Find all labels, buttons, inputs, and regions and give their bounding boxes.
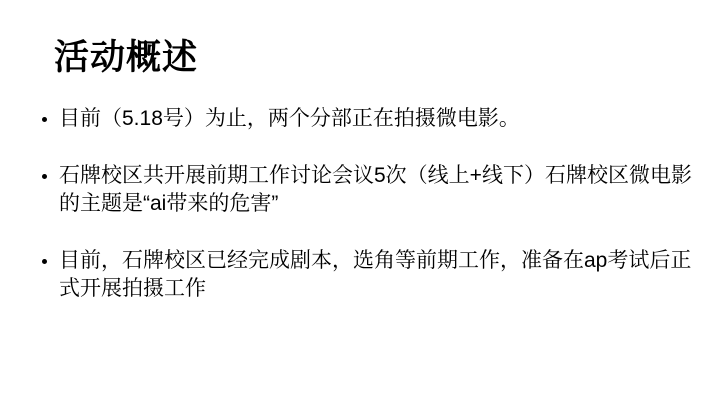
presentation-slide: 活动概述 目前（5.18号）为止，两个分部正在拍摄微电影。 石牌校区共开展前期工…: [0, 0, 720, 405]
bullet-point-2: 石牌校区共开展前期工作讨论会议5次（线上+线下）石牌校区微电影的主题是“ai带来…: [59, 162, 707, 218]
bullet-list: 目前（5.18号）为止，两个分部正在拍摄微电影。 石牌校区共开展前期工作讨论会议…: [40, 105, 707, 332]
bullet-point-1: 目前（5.18号）为止，两个分部正在拍摄微电影。: [59, 105, 707, 133]
slide-title: 活动概述: [54, 40, 198, 76]
bullet-point-3: 目前，石牌校区已经完成剧本，选角等前期工作，准备在ap考试后正式开展拍摄工作: [59, 247, 707, 303]
